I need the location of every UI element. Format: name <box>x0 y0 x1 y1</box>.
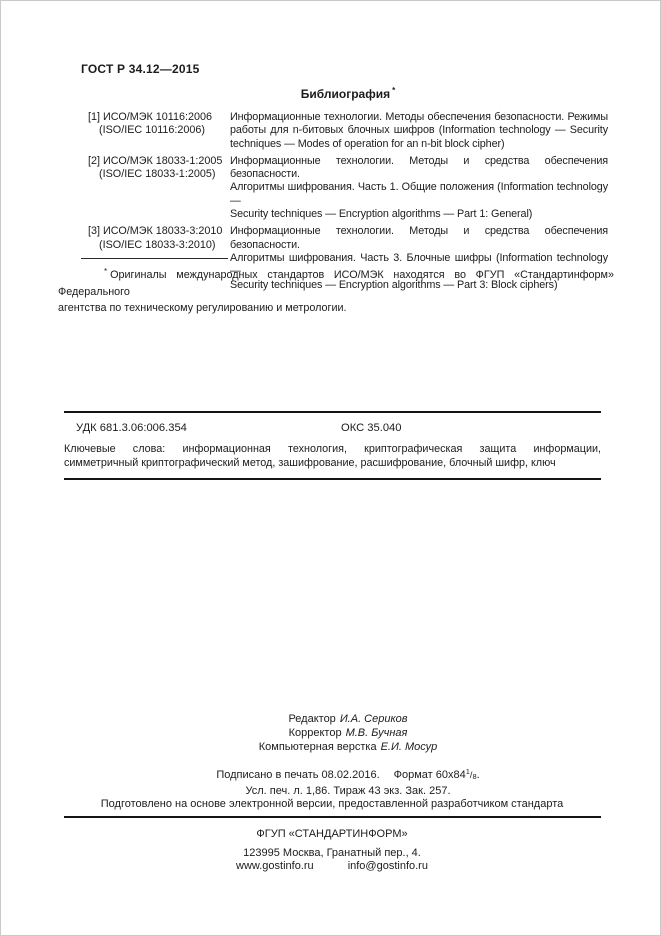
footnote-rule <box>81 258 228 259</box>
entry-ref-translation: (ISO/IEC 10116:2006) <box>88 124 228 137</box>
keywords-line: симметричный криптографический метод, за… <box>64 457 601 471</box>
publisher-email: info@gostinfo.ru <box>348 860 428 872</box>
credit-role: Корректор <box>289 727 342 739</box>
entry-ref: [1] ИСО/МЭК 10116:2006 (ISO/IEC 10116:20… <box>88 111 228 138</box>
page-title-text: Библиография <box>301 87 390 101</box>
entry-description-line: Алгоритмы шифрования. Часть 1. Общие пол… <box>230 181 608 208</box>
footnote-marker: * <box>104 267 107 276</box>
imprint-format-period: . <box>477 769 480 781</box>
udk-code: УДК 681.3.06:006.354 <box>76 422 187 434</box>
credit-role: Редактор <box>288 713 335 725</box>
entry-ref-number: [2] ИСО/МЭК 18033-1:2005 <box>88 155 222 167</box>
credits-block: РедакторИ.А. Сериков КорректорМ.В. Бучна… <box>64 712 632 754</box>
publisher-address: 123995 Москва, Гранатный пер., 4. <box>64 847 600 859</box>
credit-row: РедакторИ.А. Сериков <box>64 712 632 726</box>
entry-description-line: Информационные технологии. Методы обеспе… <box>230 111 608 124</box>
credit-row: Компьютерная версткаЕ.И. Мосур <box>64 740 632 754</box>
credit-name: И.А. Сериков <box>340 713 408 725</box>
imprint-block: Подписано в печать 08.02.2016.Формат 60х… <box>64 765 632 798</box>
doc-code: ГОСТ Р 34.12—2015 <box>81 62 199 76</box>
title-footnote-marker: * <box>392 86 395 95</box>
page-title: Библиография* <box>64 86 632 101</box>
footer-rule <box>64 816 601 818</box>
document-page: ГОСТ Р 34.12—2015 Библиография* [1] ИСО/… <box>0 0 661 936</box>
classification-rule-top <box>64 411 601 413</box>
entry-ref-translation: (ISO/IEC 18033-3:2010) <box>88 239 228 252</box>
keywords-paragraph: Ключевые слова: информационная технологи… <box>64 443 601 470</box>
entry-description-line: работы для n-битовых блочных шифров (Inf… <box>230 124 608 137</box>
entry-description-line: Security techniques — Encryption algorit… <box>230 208 608 221</box>
imprint-format-text: Формат 60х84 <box>394 769 466 781</box>
footnote: *Оригиналы международных стандартов ИСО/… <box>58 264 614 317</box>
entry-description-line: Информационные технологии. Методы и сред… <box>230 155 608 182</box>
classification-rule-bottom <box>64 478 601 480</box>
oks-code: ОКС 35.040 <box>341 422 402 434</box>
credit-name: М.В. Бучная <box>346 727 408 739</box>
entry-ref-number: [1] ИСО/МЭК 10116:2006 <box>88 111 212 123</box>
footnote-text: Оригиналы международных стандартов ИСО/М… <box>58 269 614 298</box>
entry-ref: [3] ИСО/МЭК 18033-3:2010 (ISO/IEC 18033-… <box>88 225 228 252</box>
entry-ref: [2] ИСО/МЭК 18033-1:2005 (ISO/IEC 18033-… <box>88 155 228 182</box>
publisher-name: ФГУП «СТАНДАРТИНФОРМ» <box>64 828 600 840</box>
entry-description: Информационные технологии. Методы и сред… <box>230 155 608 221</box>
bibliography-entry: [1] ИСО/МЭК 10116:2006 (ISO/IEC 10116:20… <box>1 111 661 151</box>
footnote-line: агентства по техническому регулированию … <box>58 300 614 317</box>
credit-role: Компьютерная верстка <box>259 741 377 753</box>
footnote-line: *Оригиналы международных стандартов ИСО/… <box>58 264 614 300</box>
bibliography-entry: [2] ИСО/МЭК 18033-1:2005 (ISO/IEC 18033-… <box>1 155 661 221</box>
imprint-line-signed: Подписано в печать 08.02.2016.Формат 60х… <box>64 765 632 784</box>
imprint-line-print: Усл. печ. л. 1,86. Тираж 43 экз. Зак. 25… <box>64 784 632 798</box>
credit-row: КорректорМ.В. Бучная <box>64 726 632 740</box>
keywords-line: Ключевые слова: информационная технологи… <box>64 443 601 457</box>
publisher-contacts: www.gostinfo.ru info@gostinfo.ru <box>64 860 600 872</box>
entry-description-line: Информационные технологии. Методы и сред… <box>230 225 608 252</box>
credit-name: Е.И. Мосур <box>381 741 438 753</box>
entry-description: Информационные технологии. Методы обеспе… <box>230 111 608 151</box>
entry-ref-number: [3] ИСО/МЭК 18033-3:2010 <box>88 225 222 237</box>
entry-ref-translation: (ISO/IEC 18033-1:2005) <box>88 168 228 181</box>
entry-description-line: techniques — Modes of operation for an n… <box>230 138 608 151</box>
imprint-signed-text: Подписано в печать 08.02.2016. <box>216 769 379 781</box>
prepared-note: Подготовлено на основе электронной верси… <box>64 798 600 810</box>
publisher-website: www.gostinfo.ru <box>236 860 314 872</box>
